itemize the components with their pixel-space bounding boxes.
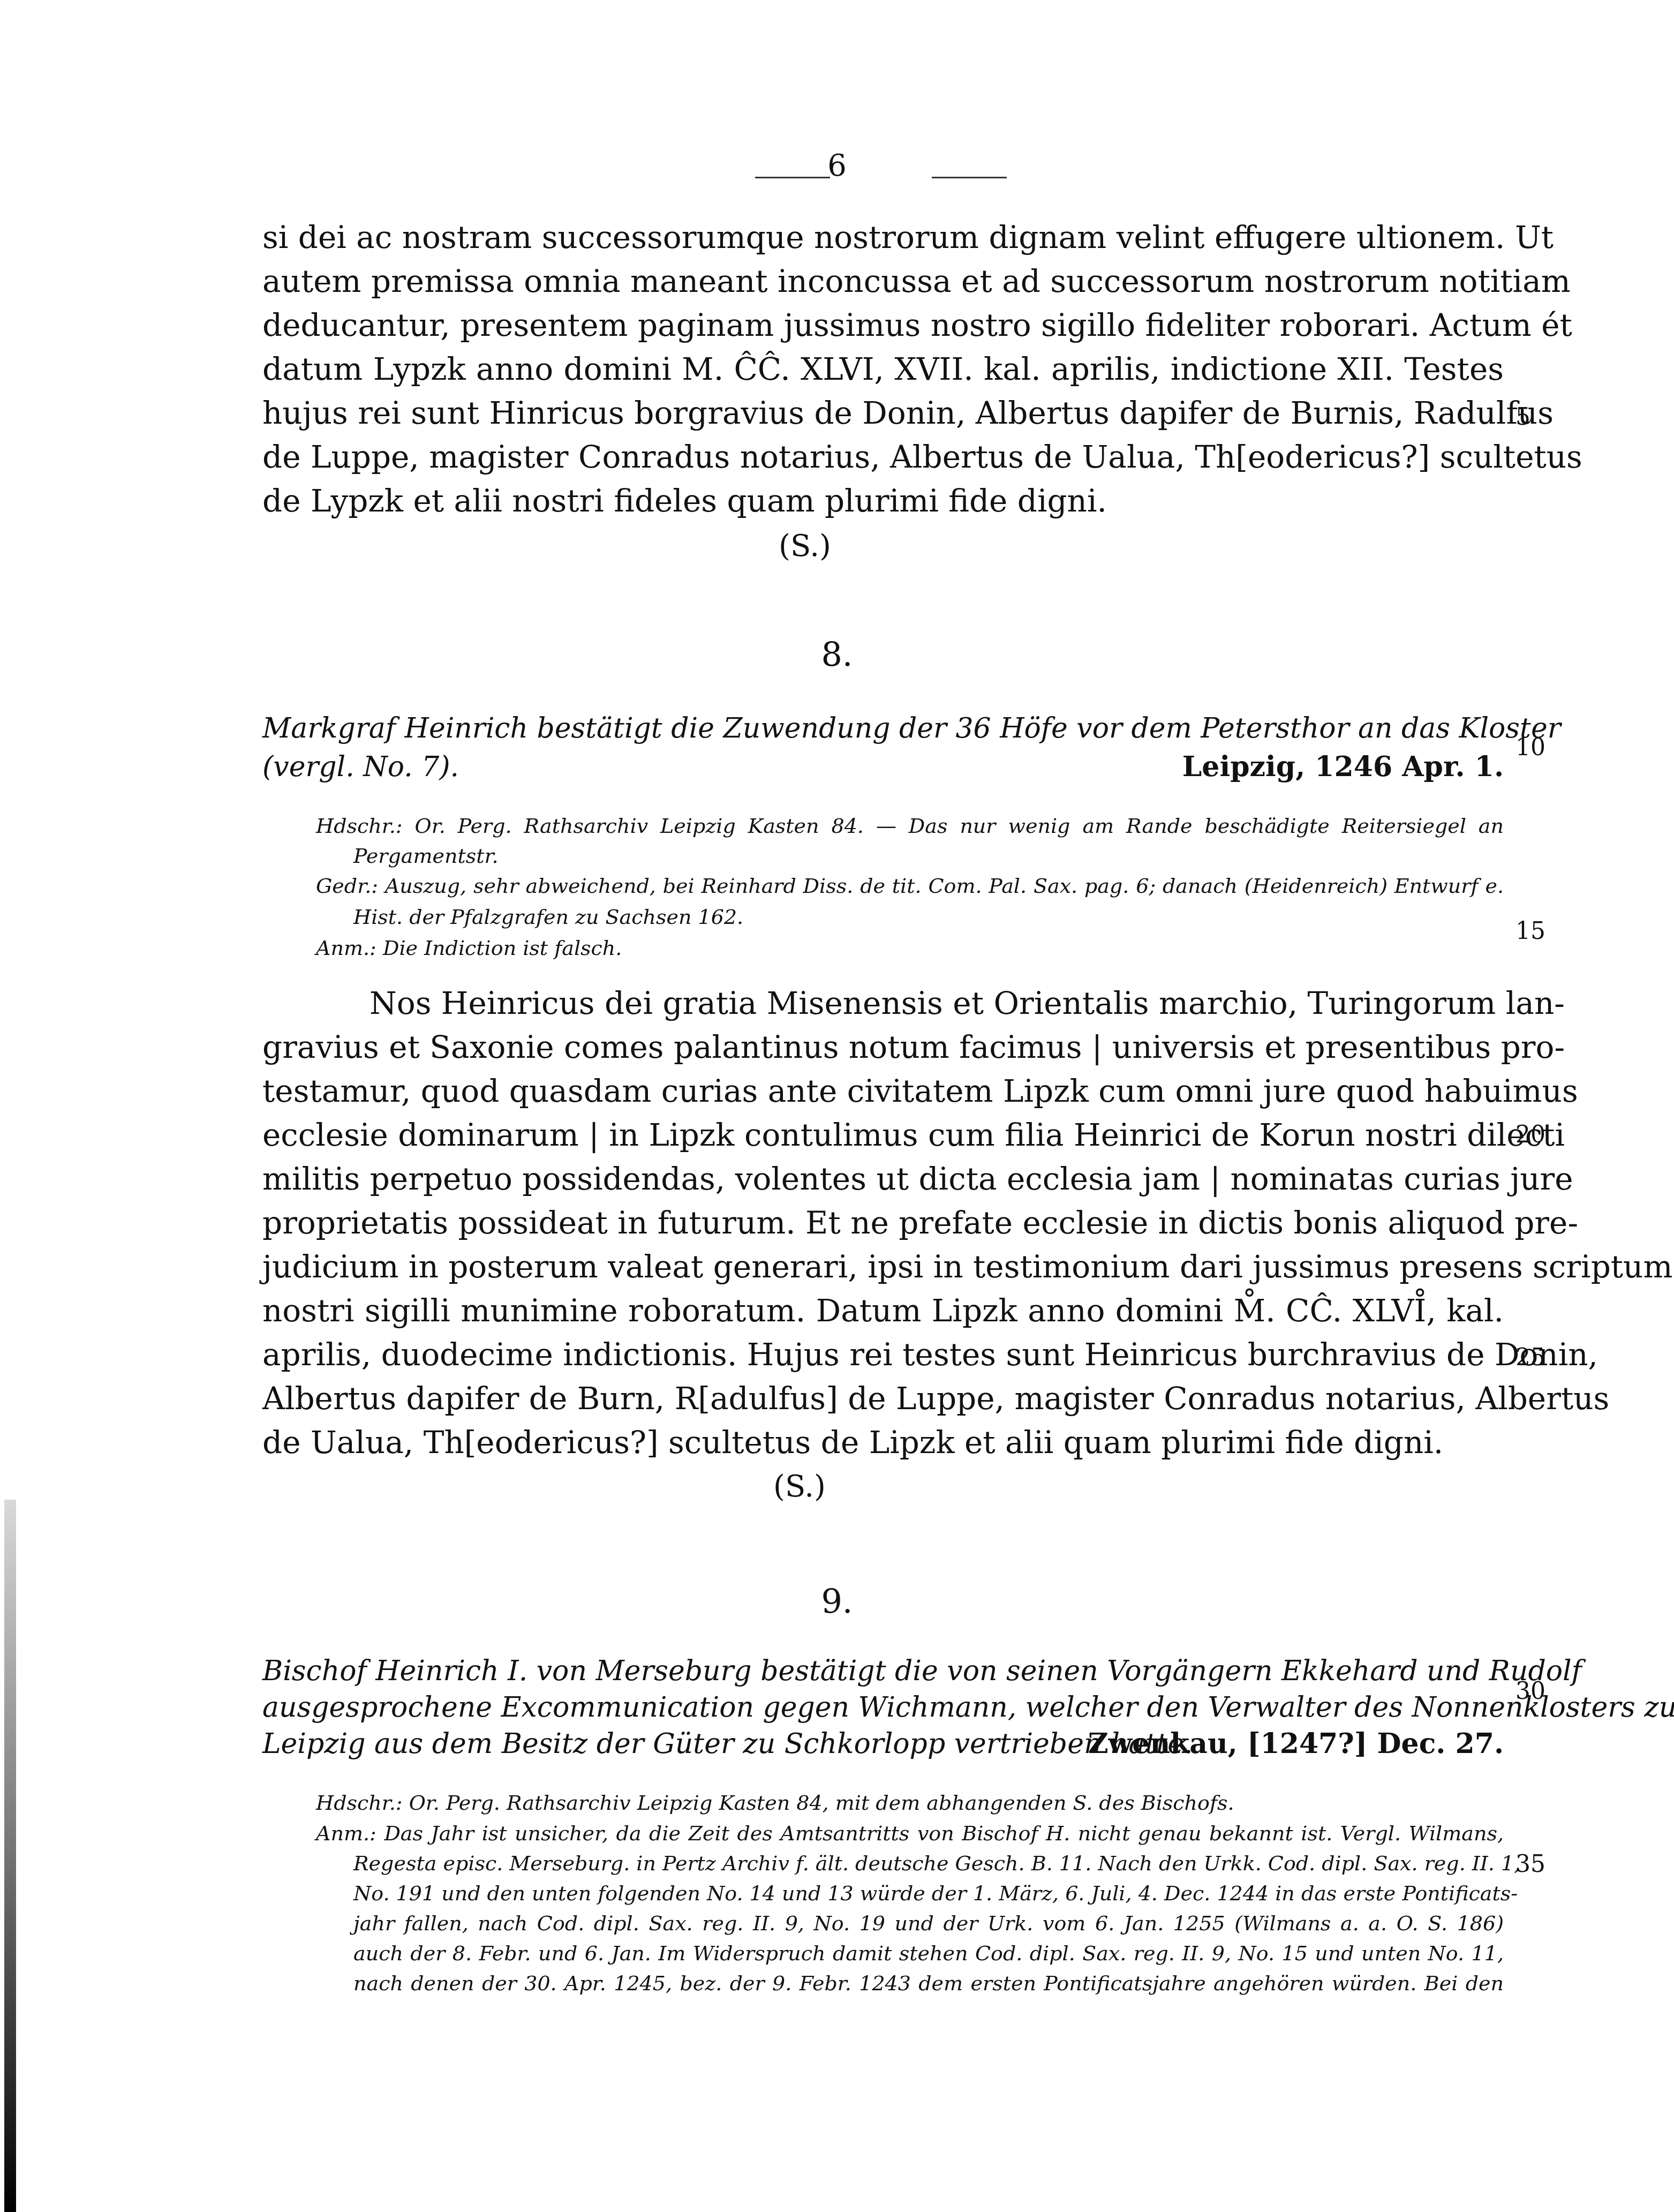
text-line: judicium in posterum valeat generari, ip…: [262, 1245, 1504, 1289]
document-page: 6 si dei ac nostram successorumque nostr…: [0, 0, 1674, 2212]
seal-mark: (S.): [0, 1465, 1637, 1508]
note-line: Anm.: Die Indiction ist falsch.: [316, 933, 1504, 963]
text-line: Albertus dapifer de Burn, R[adulfus] de …: [262, 1376, 1504, 1420]
text-line: Nos Heinricus dei gratia Misenensis et O…: [370, 981, 1504, 1025]
note-line: Regesta episc. Merseburg. in Pertz Archi…: [353, 1848, 1504, 1878]
text-line: de Luppe, magister Conradus notarius, Al…: [262, 435, 1504, 479]
text-line: si dei ac nostram successorumque nostror…: [262, 215, 1504, 259]
line-number: 15: [1515, 909, 1545, 953]
line-number: 30: [1515, 1669, 1545, 1713]
note-line: Pergamentstr.: [353, 841, 1504, 871]
summary-line: Bischof Heinrich I. von Merseburg bestät…: [262, 1652, 1504, 1690]
text-line: hujus rei sunt Hinricus borgravius de Do…: [262, 391, 1504, 435]
section-number: 8.: [0, 633, 1674, 676]
line-number: 20: [1515, 1113, 1545, 1157]
header-rule-right: [932, 177, 1007, 178]
note-line: auch der 8. Febr. und 6. Jan. Im Widersp…: [353, 1938, 1504, 1968]
note-line: Hdschr.: Or. Perg. Rathsarchiv Leipzig K…: [316, 811, 1504, 841]
text-line: testamur, quod quasdam curias ante civit…: [262, 1069, 1504, 1113]
line-number: 10: [1515, 726, 1545, 770]
text-line: nostri sigilli munimine roboratum. Datum…: [262, 1289, 1504, 1333]
page-number: 6: [0, 145, 1674, 187]
note-line: Hdschr.: Or. Perg. Rathsarchiv Leipzig K…: [316, 1788, 1504, 1818]
summary-line: Markgraf Heinrich bestätigt die Zuwendun…: [262, 709, 1504, 748]
note-line: No. 191 und den unten folgenden No. 14 u…: [353, 1878, 1504, 1908]
text-line: aprilis, duodecime indictionis. Hujus re…: [262, 1333, 1504, 1376]
text-line: ecclesie dominarum | in Lipzk contulimus…: [262, 1113, 1504, 1157]
seal-mark: (S.): [0, 525, 1642, 568]
place-date: Zwenkau, [1247?] Dec. 27.: [1088, 1725, 1504, 1763]
note-line: Anm.: Das Jahr ist unsicher, da die Zeit…: [316, 1818, 1504, 1848]
line-number: 25: [1515, 1336, 1545, 1380]
text-line: gravius et Saxonie comes palantinus notu…: [262, 1025, 1504, 1069]
text-line: de Lypzk et alii nostri fideles quam plu…: [262, 479, 1504, 523]
text-line: datum Lypzk anno domini M. ĈĈ. XLVI, XVI…: [262, 347, 1504, 391]
section-number: 9.: [0, 1580, 1674, 1623]
note-line: jahr fallen, nach Cod. dipl. Sax. reg. I…: [353, 1908, 1504, 1938]
text-line: autem premissa omnia maneant inconcussa …: [262, 259, 1504, 303]
note-line: nach denen der 30. Apr. 1245, bez. der 9…: [353, 1968, 1504, 1998]
text-line: militis perpetuo possidendas, volentes u…: [262, 1157, 1504, 1201]
text-line: de Ualua, Th[eodericus?] scultetus de Li…: [262, 1420, 1504, 1464]
text-line: proprietatis possideat in futurum. Et ne…: [262, 1201, 1504, 1245]
line-number: 35: [1515, 1842, 1545, 1886]
note-line: Hist. der Pfalzgrafen zu Sachsen 162.: [353, 902, 1504, 932]
place-date: Leipzig, 1246 Apr. 1.: [1182, 748, 1504, 786]
text-line: deducantur, presentem paginam jussimus n…: [262, 303, 1504, 347]
summary-line: ausgesprochene Excommunication gegen Wic…: [262, 1688, 1504, 1727]
note-line: Gedr.: Auszug, sehr abweichend, bei Rein…: [316, 871, 1504, 901]
line-number: 5: [1515, 395, 1530, 439]
